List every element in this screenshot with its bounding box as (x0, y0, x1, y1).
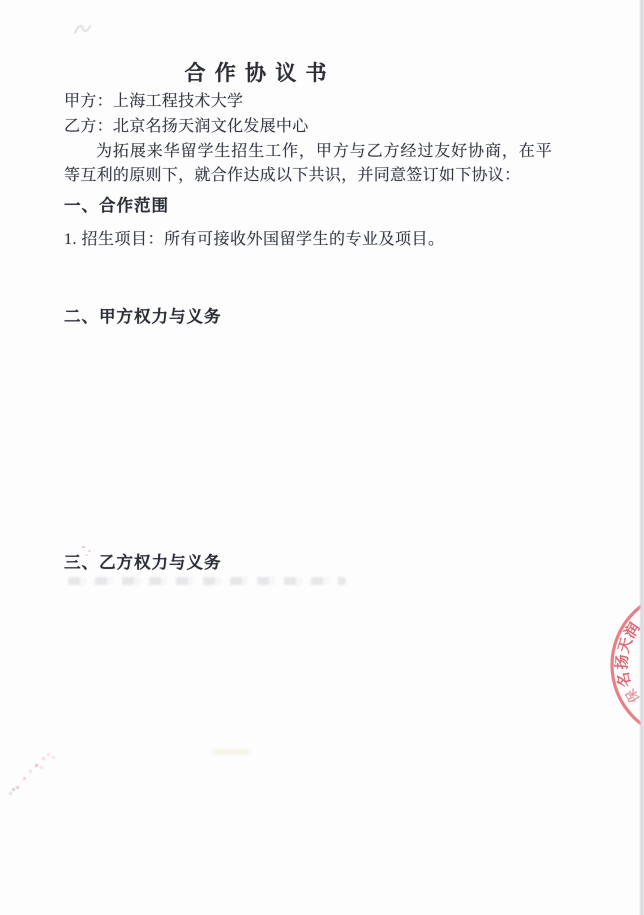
document-title: 合 作 协 议 书 (64, 57, 448, 87)
erased-text-smudge (68, 577, 346, 585)
section-2-heading: 二、甲方权力与义务 (64, 303, 222, 327)
party-b-line: 乙方：北京名扬天润文化发展中心 (64, 113, 309, 136)
preamble-paragraph: 为拓展来华留学生招生工作，甲方与乙方经过友好协商，在平等互利的原则下，就合作达成… (64, 140, 552, 188)
faint-yellow-smudge (213, 750, 249, 754)
section-1-item: 1. 招生项目：所有可接收外国留学生的专业及项目。 (64, 226, 445, 249)
party-a-value: 上海工程技术大学 (113, 93, 243, 110)
scan-edge-shadow (639, 0, 644, 915)
seal-char-yang: 扬 (614, 654, 632, 670)
red-ink-specks (82, 546, 85, 548)
party-a-line: 甲方：上海工程技术大学 (64, 88, 243, 111)
party-b-value: 北京名扬天润文化发展中心 (113, 118, 309, 135)
party-a-label: 甲方： (64, 93, 113, 110)
section-3-heading: 三、乙方权力与义务 (64, 549, 222, 573)
document-page: 合 作 协 议 书 甲方：上海工程技术大学 乙方：北京名扬天润文化发展中心 为拓… (0, 0, 644, 915)
red-seal-stamp: 润 天 扬 名 保 (580, 590, 644, 740)
pen-smudge-mark (72, 20, 94, 37)
party-b-label: 乙方： (64, 118, 113, 135)
section-1-heading: 一、合作范围 (64, 192, 169, 216)
ink-speckles-bottom-left (16, 786, 19, 789)
